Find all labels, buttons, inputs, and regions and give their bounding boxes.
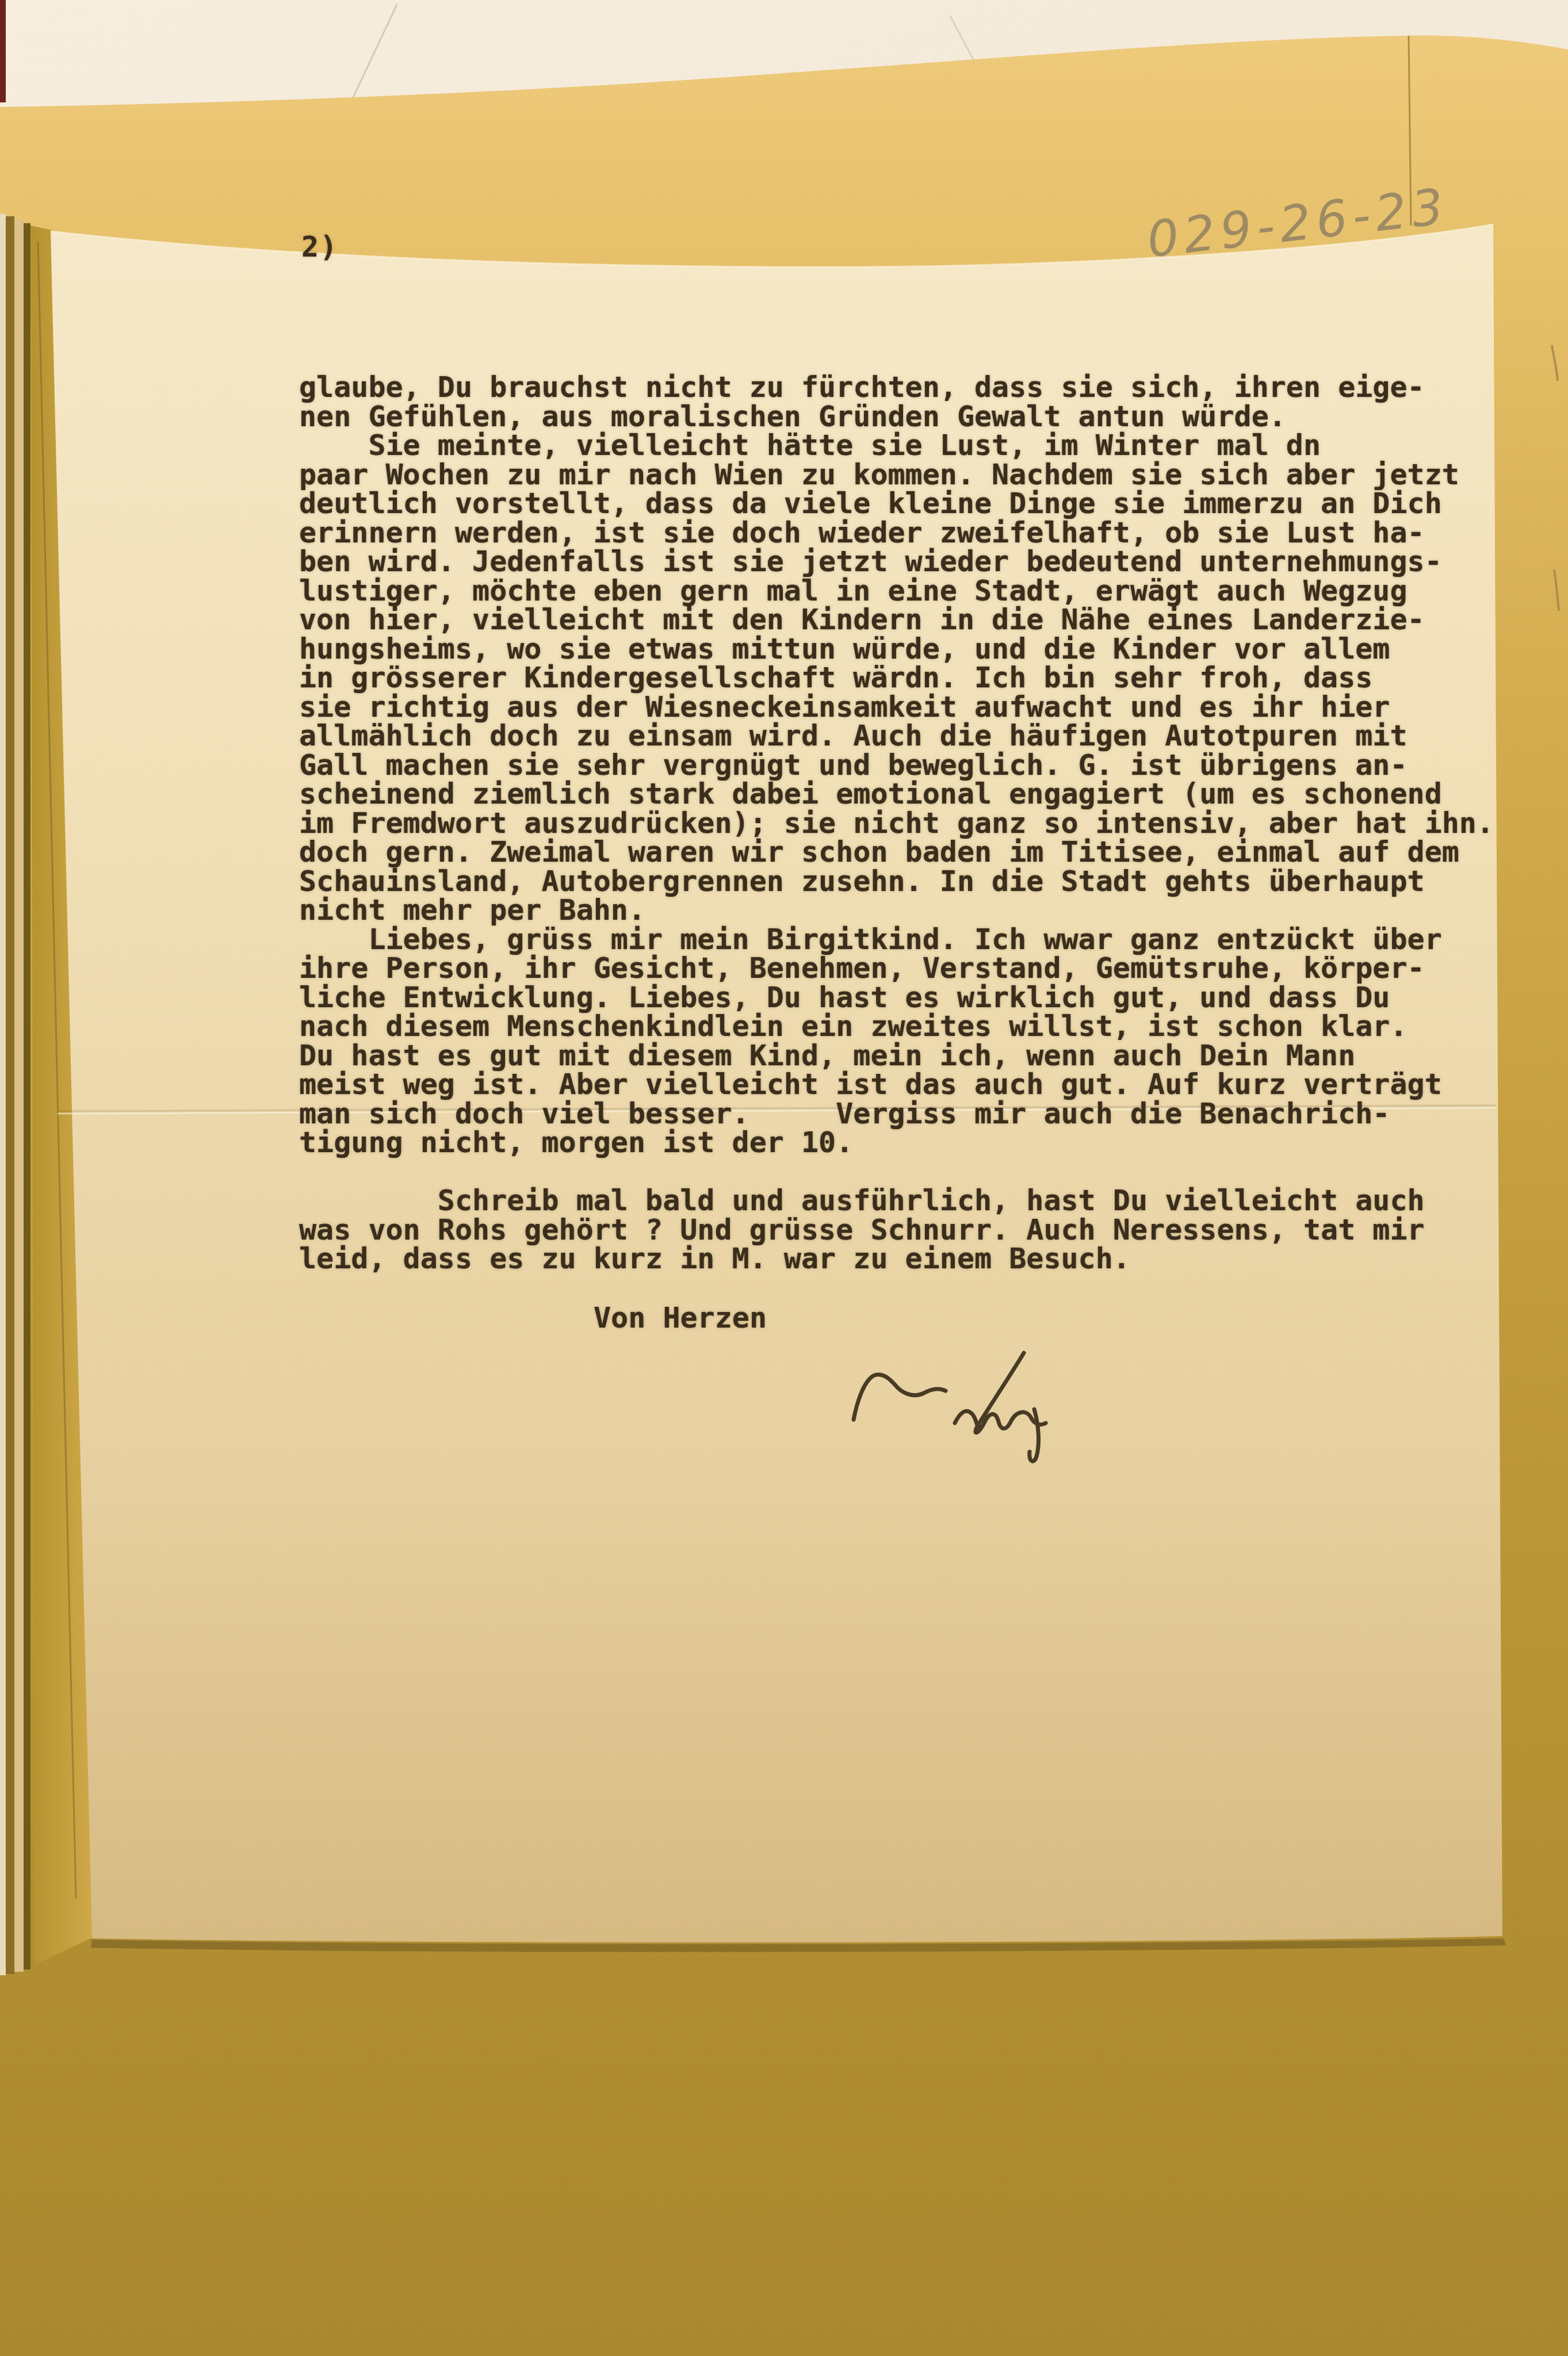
backing-crease-left [349, 5, 397, 107]
page-number: 2) [301, 232, 338, 261]
photo-edge-sliver [0, 0, 6, 102]
letter-closing: Von Herzen [594, 1303, 767, 1332]
scanned-letter-photo: 2) 029-26-23 glaube, Du brauchst nicht z… [0, 0, 1568, 2356]
letter-body: glaube, Du brauchst nicht zu fürchten, d… [299, 373, 1494, 1273]
